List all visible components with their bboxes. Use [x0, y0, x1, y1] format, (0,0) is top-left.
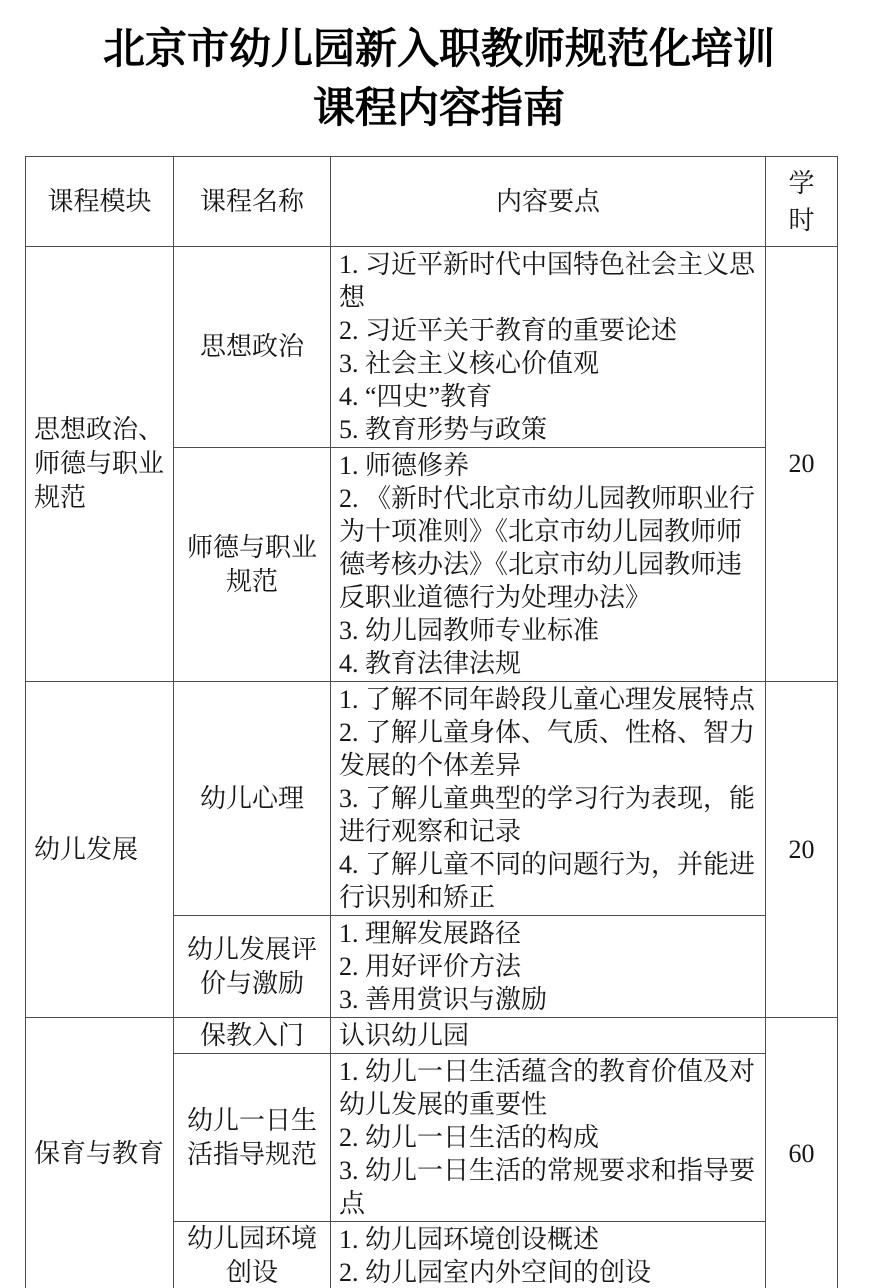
content-point: 1. 幼儿一日生活蕴含的教育价值及对幼儿发展的重要性 [339, 1055, 763, 1121]
hours-cell-module-1: 20 [766, 247, 838, 682]
course-name: 保教入门 [186, 1019, 318, 1053]
content-point: 2. 《新时代北京市幼儿园教师职业行为十项准则》《北京市幼儿园教师师德考核办法》… [339, 482, 763, 614]
title-line-2: 课程内容指南 [0, 80, 878, 139]
points-cell-huanjing-chuangshe: 1. 幼儿园环境创设概述 2. 幼儿园室内外空间的创设 [331, 1222, 766, 1288]
module-name: 思想政治、师德与职业规范 [34, 413, 169, 515]
course-name: 幼儿一日生活指导规范 [186, 1104, 318, 1172]
content-point: 1. 幼儿园环境创设概述 [339, 1223, 763, 1256]
table-header-row: 课程模块 课程名称 内容要点 学时 [26, 157, 838, 247]
course-cell-sixiangzhengzhi: 思想政治 [174, 247, 331, 448]
content-point: 2. 了解儿童身体、气质、性格、智力发展的个体差异 [339, 716, 763, 782]
content-point: 3. 幼儿一日生活的常规要求和指导要点 [339, 1154, 763, 1220]
points-cell-pingjia-jili: 1. 理解发展路径 2. 用好评价方法 3. 善用赏识与激励 [331, 916, 766, 1018]
content-point: 1. 习近平新时代中国特色社会主义思想 [339, 248, 763, 314]
course-cell-huanjing-chuangshe: 幼儿园环境创设 [174, 1222, 331, 1288]
content-point: 3. 幼儿园教师专业标准 [339, 614, 763, 647]
header-hours-label: 学时 [788, 165, 816, 239]
content-point: 3. 善用赏识与激励 [339, 983, 763, 1016]
content-point: 4. 教育法律法规 [339, 647, 763, 680]
header-course-name: 课程名称 [174, 157, 331, 247]
course-name: 思想政治 [186, 330, 318, 364]
table-row-sixiangzhengzhi: 思想政治、师德与职业规范 思想政治 1. 习近平新时代中国特色社会主义思想 2.… [26, 247, 838, 448]
document-page: 北京市幼儿园新入职教师规范化培训 课程内容指南 课程模块 课程名称 内容要点 学… [0, 0, 878, 1288]
content-point: 2. 幼儿一日生活的构成 [339, 1121, 763, 1154]
points-cell-youer-xinli: 1. 了解不同年龄段儿童心理发展特点 2. 了解儿童身体、气质、性格、智力发展的… [331, 682, 766, 916]
course-name: 幼儿发展评价与激励 [186, 933, 318, 1001]
module-name: 保育与教育 [34, 1137, 169, 1171]
module-cell-baoyu-jiaoyu: 保育与教育 [26, 1018, 174, 1288]
module-name: 幼儿发展 [34, 833, 169, 867]
module-cell-youer-fazhan: 幼儿发展 [26, 682, 174, 1018]
content-point: 1. 理解发展路径 [339, 917, 763, 950]
course-cell-pingjia-jili: 幼儿发展评价与激励 [174, 916, 331, 1018]
table-row-baojiao-rumen: 保育与教育 保教入门 认识幼儿园 60 [26, 1018, 838, 1054]
points-cell-baojiao-rumen: 认识幼儿园 [331, 1018, 766, 1054]
content-point: 2. 用好评价方法 [339, 950, 763, 983]
content-point: 4. “四史”教育 [339, 380, 763, 413]
points-cell-shide-guifan: 1. 师德修养 2. 《新时代北京市幼儿园教师职业行为十项准则》《北京市幼儿园教… [331, 448, 766, 682]
course-cell-shide-guifan: 师德与职业规范 [174, 448, 331, 682]
content-point: 1. 师德修养 [339, 449, 763, 482]
course-cell-baojiao-rumen: 保教入门 [174, 1018, 331, 1054]
page-title: 北京市幼儿园新入职教师规范化培训 课程内容指南 [0, 0, 878, 139]
course-name: 幼儿园环境创设 [186, 1222, 318, 1288]
content-point: 5. 教育形势与政策 [339, 413, 763, 446]
points-cell-sixiangzhengzhi: 1. 习近平新时代中国特色社会主义思想 2. 习近平关于教育的重要论述 3. 社… [331, 247, 766, 448]
content-point: 2. 习近平关于教育的重要论述 [339, 314, 763, 347]
points-cell-yiri-shenghuo: 1. 幼儿一日生活蕴含的教育价值及对幼儿发展的重要性 2. 幼儿一日生活的构成 … [331, 1054, 766, 1222]
content-point: 4. 了解儿童不同的问题行为，并能进行识别和矫正 [339, 848, 763, 914]
content-point: 认识幼儿园 [339, 1019, 763, 1052]
content-point: 3. 社会主义核心价值观 [339, 347, 763, 380]
course-name: 幼儿心理 [186, 782, 318, 816]
module-cell-sixiang-shide: 思想政治、师德与职业规范 [26, 247, 174, 682]
course-cell-yiri-shenghuo: 幼儿一日生活指导规范 [174, 1054, 331, 1222]
course-name: 师德与职业规范 [186, 531, 318, 599]
content-point: 3. 了解儿童典型的学习行为表现，能进行观察和记录 [339, 782, 763, 848]
content-point: 2. 幼儿园室内外空间的创设 [339, 1256, 763, 1288]
hours-cell-module-3: 60 [766, 1018, 838, 1288]
header-course-module: 课程模块 [26, 157, 174, 247]
table-row-youer-xinli: 幼儿发展 幼儿心理 1. 了解不同年龄段儿童心理发展特点 2. 了解儿童身体、气… [26, 682, 838, 916]
header-content-points: 内容要点 [331, 157, 766, 247]
title-line-1: 北京市幼儿园新入职教师规范化培训 [0, 21, 878, 80]
content-point: 1. 了解不同年龄段儿童心理发展特点 [339, 683, 763, 716]
course-cell-youer-xinli: 幼儿心理 [174, 682, 331, 916]
course-content-table: 课程模块 课程名称 内容要点 学时 思想政治、师德与职业规范 思想政治 1. 习… [25, 156, 838, 1288]
hours-cell-module-2: 20 [766, 682, 838, 1018]
header-hours: 学时 [766, 157, 838, 247]
